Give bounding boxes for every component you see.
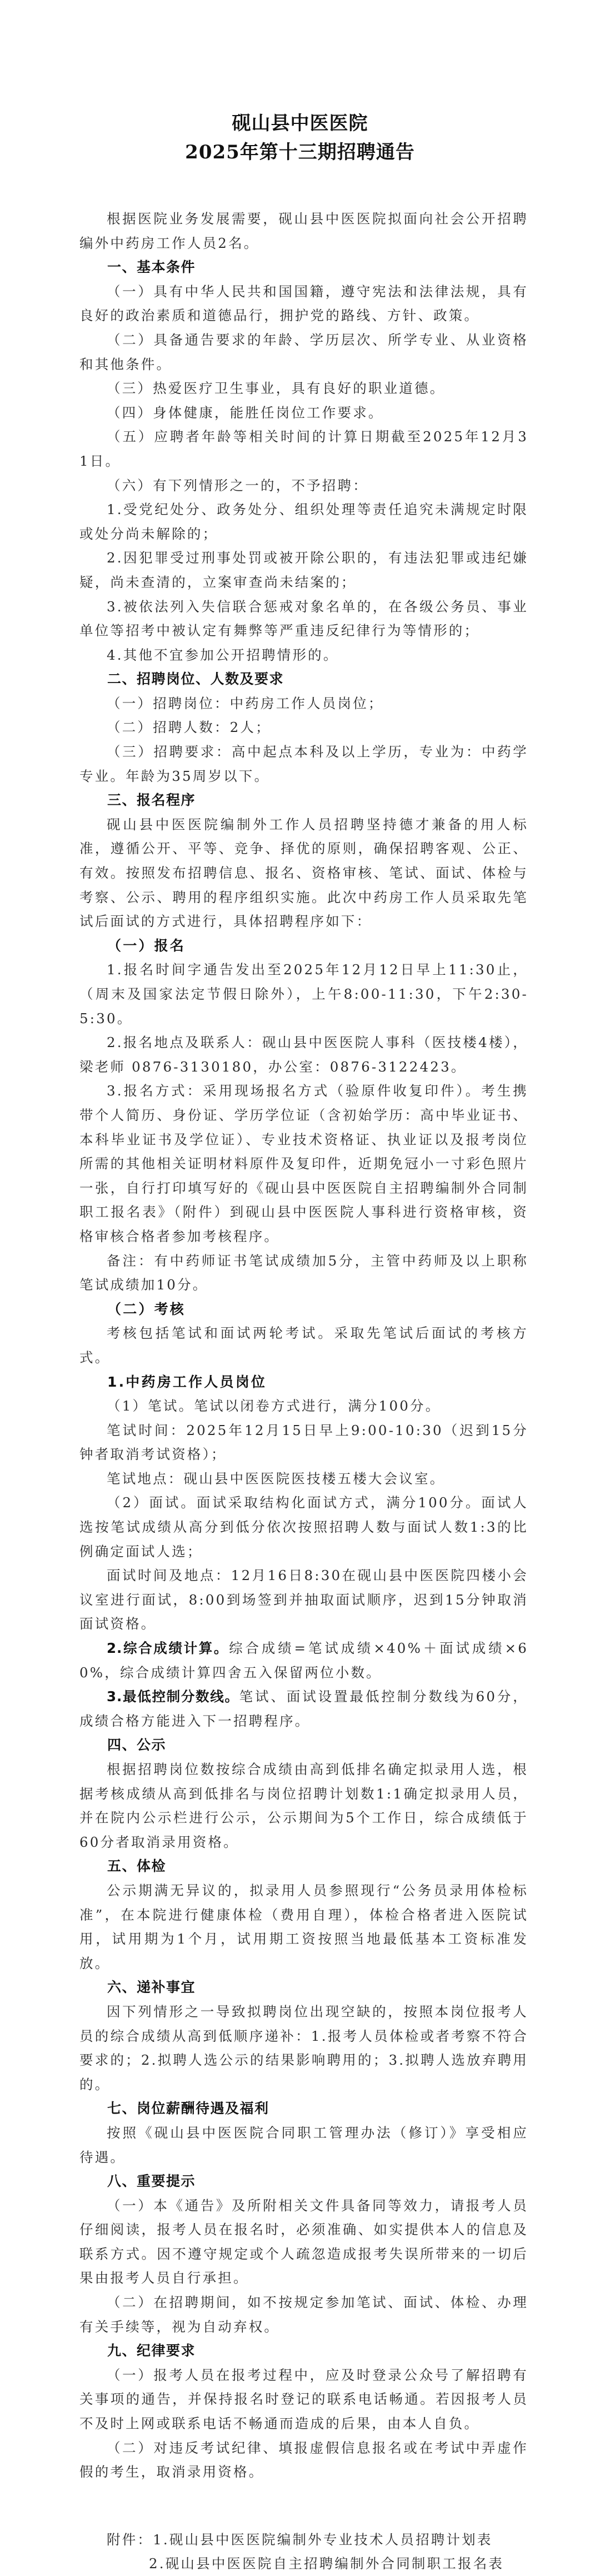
subsection-heading-assessment: （二）考核: [79, 1297, 528, 1322]
list-item: （三）招聘要求：高中起点本科及以上学历，专业为：中药学专业。年龄为35周岁以下。: [79, 740, 528, 788]
list-item: （一）报考人员在报考过程中，应及时登录公众号了解招聘有关事项的通告，并保持报名时…: [79, 2363, 528, 2436]
note-paragraph: 备注：有中药师证书笔试成绩加5分，主管中药师及以上职称笔试成绩加10分。: [79, 1249, 528, 1297]
list-item: 面试时间及地点：12月16日8:30在砚山县中医医院四楼小会议室进行面试，8:0…: [79, 1563, 528, 1636]
paragraph: 砚山县中医医院编制外工作人员招聘坚持德才兼备的用人标准，遵循公开、平等、竞争、择…: [79, 813, 528, 934]
section-heading-salary: 七、岗位薪酬待遇及福利: [79, 2096, 528, 2121]
paragraph: 因下列情形之一导致拟聘岗位出现空缺的，按照本岗位报考人员的综合成绩从高到低顺序递…: [79, 2000, 528, 2096]
list-item: （二）对违反考试纪律、填报虚假信息报名或在考试中弄虚作假的考生，取消录用资格。: [79, 2436, 528, 2484]
score-calc-paragraph: 2.综合成绩计算。综合成绩=笔试成绩×40%＋面试成绩×60%，综合成绩计算四舍…: [79, 1636, 528, 1685]
paragraph: 公示期满无异议的，拟录用人员参照现行“公务员录用体检标准”，在本院进行健康体检（…: [79, 1879, 528, 1975]
list-item: （二）具备通告要求的年龄、学历层次、所学专业、从业资格和其他条件。: [79, 328, 528, 376]
list-item: 笔试时间：2025年12月15日早上9:00-10:30（迟到15分钟者取消考试…: [79, 1418, 528, 1467]
section-heading-substitution: 六、递补事宜: [79, 1975, 528, 2000]
document-title: 砚山县中医医院 2025年第十三期招聘通告: [0, 109, 600, 167]
list-item: 4.其他不宜参加公开招聘情形的。: [79, 643, 528, 667]
list-item: （三）热爱医疗卫生事业，具有良好的职业道德。: [79, 376, 528, 401]
list-item: 2.因犯罪受过刑事处罚或被开除公职的，有违法犯罪或违纪嫌疑，尚未查清的，立案审查…: [79, 546, 528, 594]
list-item: （五）应聘者年龄等相关时间的计算日期截至2025年12月31日。: [79, 425, 528, 473]
paragraph: 考核包括笔试和面试两轮考试。采取先笔试后面试的考核方式。: [79, 1321, 528, 1369]
section-heading-important-notes: 八、重要提示: [79, 2169, 528, 2194]
attachments-label: 附件：: [107, 2532, 153, 2548]
attachment-item-2: 2.砚山县中医医院自主招聘编制外合同制职工报名表: [79, 2552, 528, 2576]
attachment-title: 2.砚山县中医医院自主招聘编制外合同制职工报名表: [149, 2555, 504, 2572]
list-item: 2.报名地点及联系人：砚山县中医医院人事科（医技楼4楼），梁老师 0876-31…: [79, 1030, 528, 1079]
post-heading: 1.中药房工作人员岗位: [79, 1370, 528, 1394]
min-score-label: 3.最低控制分数线。: [107, 1688, 239, 1705]
attachments: 附件：1.砚山县中医医院编制外专业技术人员招聘计划表 2.砚山县中医医院自主招聘…: [79, 2528, 528, 2576]
paragraph: 按照《砚山县中医医院合同职工管理办法（修订）》享受相应待遇。: [79, 2121, 528, 2169]
list-item: 笔试地点：砚山县中医医院医技楼五楼大会议室。: [79, 1467, 528, 1491]
section-heading-physical-exam: 五、体检: [79, 1854, 528, 1879]
attachment-item-1: 附件：1.砚山县中医医院编制外专业技术人员招聘计划表: [79, 2528, 528, 2552]
document-page: 砚山县中医医院 2025年第十三期招聘通告 根据医院业务发展需要，砚山县中医医院…: [0, 0, 600, 2576]
list-item: （2）面试。面试采取结构化面试方式，满分100分。面试人选按笔试成绩从高分到低分…: [79, 1491, 528, 1563]
min-score-paragraph: 3.最低控制分数线。笔试、面试设置最低控制分数线为60分，成绩合格方能进入下一招…: [79, 1685, 528, 1733]
paragraph: 根据招聘岗位数按综合成绩由高到低排名确定拟录用人选，根据考核成绩从高到低排名与岗…: [79, 1757, 528, 1854]
document-body: 根据医院业务发展需要，砚山县中医医院拟面向社会公开招聘编外中药房工作人员2名。 …: [79, 207, 528, 2576]
section-heading-positions: 二、招聘岗位、人数及要求: [79, 667, 528, 691]
list-item: 3.被依法列入失信联合惩戒对象名单的，在各级公务员、事业单位等招考中被认定有舞弊…: [79, 595, 528, 643]
title-hospital-name: 砚山县中医医院: [0, 109, 600, 138]
list-item: （1）笔试。笔试以闭卷方式进行，满分100分。: [79, 1394, 528, 1418]
list-item: 1.报名时间字通告发出至2025年12月12日早上11:30止，（周末及国家法定…: [79, 958, 528, 1030]
title-notice-name: 2025年第十三期招聘通告: [0, 138, 600, 167]
list-item: （四）身体健康，能胜任岗位工作要求。: [79, 401, 528, 425]
list-item: （二）招聘人数：2人；: [79, 715, 528, 740]
section-heading-publicity: 四、公示: [79, 1733, 528, 1757]
intro-paragraph: 根据医院业务发展需要，砚山县中医医院拟面向社会公开招聘编外中药房工作人员2名。: [79, 207, 528, 255]
attachment-title: 1.砚山县中医医院编制外专业技术人员招聘计划表: [153, 2532, 492, 2548]
section-heading-registration: 三、报名程序: [79, 788, 528, 813]
list-item: 1.受党纪处分、政务处分、组织处理等责任追究未满规定时限或处分尚未解除的；: [79, 497, 528, 546]
list-item: （一）招聘岗位：中药房工作人员岗位；: [79, 691, 528, 716]
list-item: （六）有下列情形之一的，不予招聘：: [79, 474, 528, 498]
list-item: 3.报名方式：采用现场报名方式（验原件收复印件）。考生携带个人简历、身份证、学历…: [79, 1079, 528, 1248]
list-item: （一）本《通告》及所附相关文件具备同等效力，请报考人员仔细阅读，报考人员在报名时…: [79, 2194, 528, 2290]
subsection-heading-signup: （一）报名: [79, 934, 528, 958]
list-item: （一）具有中华人民共和国国籍，遵守宪法和法律法规，具有良好的政治素质和道德品行，…: [79, 280, 528, 328]
score-calc-label: 2.综合成绩计算。: [107, 1640, 229, 1656]
section-heading-basic-conditions: 一、基本条件: [79, 255, 528, 280]
section-heading-discipline: 九、纪律要求: [79, 2339, 528, 2363]
list-item: （二）在招聘期间，如不按规定参加笔试、面试、体检、办理有关手续等，视为自动弃权。: [79, 2290, 528, 2339]
